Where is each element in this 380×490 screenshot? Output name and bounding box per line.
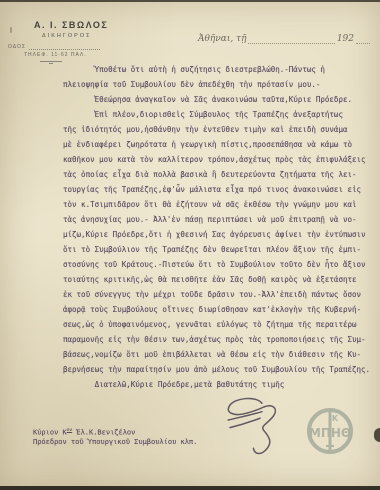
letterhead-name: Α. Ι. ΣΒΩΛΟΣ bbox=[34, 20, 108, 30]
recipient-block: Κύριον Κον Ἐλ.Κ.Βενιζέλον Πρόεδρον τοῦ Ὑ… bbox=[33, 426, 197, 447]
svg-text:Κ: Κ bbox=[332, 414, 339, 423]
letter-line: τουργίας τῆς Τραπέζης,ἐφ'ὧν μάλιστα εἶχα… bbox=[63, 182, 379, 197]
recipient-name-prefix: Κύριον Κ bbox=[33, 428, 67, 436]
dateline: Ἀθῆναι, τῇ 192 bbox=[198, 33, 370, 44]
letter-line: ὅτι τὸ Συμβούλιον τῆς Τραπέζης δὲν θεωρε… bbox=[63, 242, 379, 257]
letter-line: σεως,ὡς ὁ ὑποφαινόμενος, γεννᾶται εὐλόγω… bbox=[63, 317, 379, 332]
letter-line: παραμονῆς εἰς τὴν θέσιν των,ἀσχέτως πρὸς… bbox=[63, 332, 379, 347]
photo-edge-bottom bbox=[0, 486, 380, 490]
letterhead-phone: ΤΗΛΕΦ. 11-62 ΠΑΛ. bbox=[24, 52, 87, 58]
recipient-line-1: Κύριον Κον Ἐλ.Κ.Βενιζέλον bbox=[33, 426, 197, 438]
letter-line: τὰς ἀνησυχίας μου.- Ἀλλ'ἐν πάσῃ περιπτώσ… bbox=[63, 212, 379, 227]
dateline-year-blank bbox=[356, 33, 370, 44]
archive-stamp-icon: Κ ΜΠΗΘ bbox=[303, 404, 357, 458]
svg-text:ΜΠΗΘ: ΜΠΗΘ bbox=[309, 426, 351, 440]
recipient-line-2: Πρόεδρον τοῦ Ὑπουργικοῦ Συμβουλίου κλπ. bbox=[33, 438, 197, 448]
letter-line: Ἐθεώρησα ἀναγκαῖον νὰ Σᾶς ἀνακοινώσω ταῦ… bbox=[63, 92, 379, 107]
letter-line: τὸν κ.Τσιμπιδᾶρον ὅτι θὰ ἐζήτουν νὰ σᾶς … bbox=[63, 197, 379, 212]
letter-line: Ἐπὶ πλέον,διορισθεὶς Σύμβουλος τῆς Τραπέ… bbox=[63, 107, 379, 122]
edge-ink-mark bbox=[374, 428, 380, 442]
dateline-day-blank bbox=[248, 33, 334, 44]
dateline-year: 192 bbox=[337, 34, 354, 44]
letter-line: μὲ ἐνδιαφέρει ζωηρότατα ἡ γεωργικὴ πίστι… bbox=[63, 137, 379, 152]
photo-edge-top bbox=[0, 0, 380, 2]
letterhead-street-label: ΟΔΟΣ bbox=[8, 44, 26, 50]
letterhead-profession: ΔΙΚΗΓΟΡΟΣ bbox=[42, 33, 92, 39]
scanned-letter-page: Α. Ι. ΣΒΩΛΟΣ ΔΙΚΗΓΟΡΟΣ ΟΔΟΣ ΤΗΛΕΦ. 11-62… bbox=[0, 0, 380, 490]
letter-line: Διατελῶ,Κύριε Πρόεδρε,μετὰ βαθυτάτης τιμ… bbox=[63, 377, 379, 392]
letterhead-street-line: ΟΔΟΣ bbox=[8, 43, 100, 50]
letter-body: Ὑποθέτω ὅτι αὐτὴ ἡ συζήτησις διεστρεβλώθ… bbox=[63, 62, 379, 392]
letter-line: βερνήσεως τὴν παραίτησίν μου ἀπὸ μέλους … bbox=[63, 362, 379, 377]
letter-line: πλειοψηφία τοῦ Συμβουλίου δὲν ἀπεδέχθη τ… bbox=[63, 77, 379, 92]
letter-line: ἐκ τοῦ σύνεγγυς τὴν μέχρι τοῦδε δρᾶσιν τ… bbox=[63, 287, 379, 302]
letter-line: καθῆκον μου κατὰ τὸν καλλίτερον τρόπον,ἀ… bbox=[63, 152, 379, 167]
letter-line: στοσύνης τοῦ Κράτους.-Πιστεύω ὅτι τὸ Συμ… bbox=[63, 257, 379, 272]
letter-line: ἀφορᾷ τοὺς Συμβούλους οἵτινες διωρίσθησα… bbox=[63, 302, 379, 317]
letterhead-divider bbox=[40, 61, 62, 62]
letter-line: Ὑποθέτω ὅτι αὐτὴ ἡ συζήτησις διεστρεβλώθ… bbox=[63, 62, 379, 77]
letter-line: τοιαύτης κριτικῆς,ὡς θὰ πεισθῆτε ἐὰν Σᾶς… bbox=[63, 272, 379, 287]
letter-line: μίζω,Κύριε Πρόεδρε,ὅτι ἡ χθεσινή Σας ἀγό… bbox=[63, 227, 379, 242]
letter-line: βάσεως,νομίζω ὅτι μοῦ ἐπιβάλλεται νὰ θέσ… bbox=[63, 347, 379, 362]
recipient-name-rest: Ἐλ.Κ.Βενιζέλον bbox=[72, 428, 135, 436]
ink-mark bbox=[10, 27, 12, 33]
letter-line: τὰς ὁποίας εἶχα διὰ πολλὰ βασικὰ ἢ δευτε… bbox=[63, 167, 379, 182]
dateline-place: Ἀθῆναι, τῇ bbox=[198, 34, 246, 44]
letter-line: τῆς ἰδιότητός μου,ἠσθάνθην τὴν ἐντεῦθεν … bbox=[63, 122, 379, 137]
letterhead-street-blank bbox=[29, 43, 100, 50]
signature bbox=[205, 392, 285, 467]
